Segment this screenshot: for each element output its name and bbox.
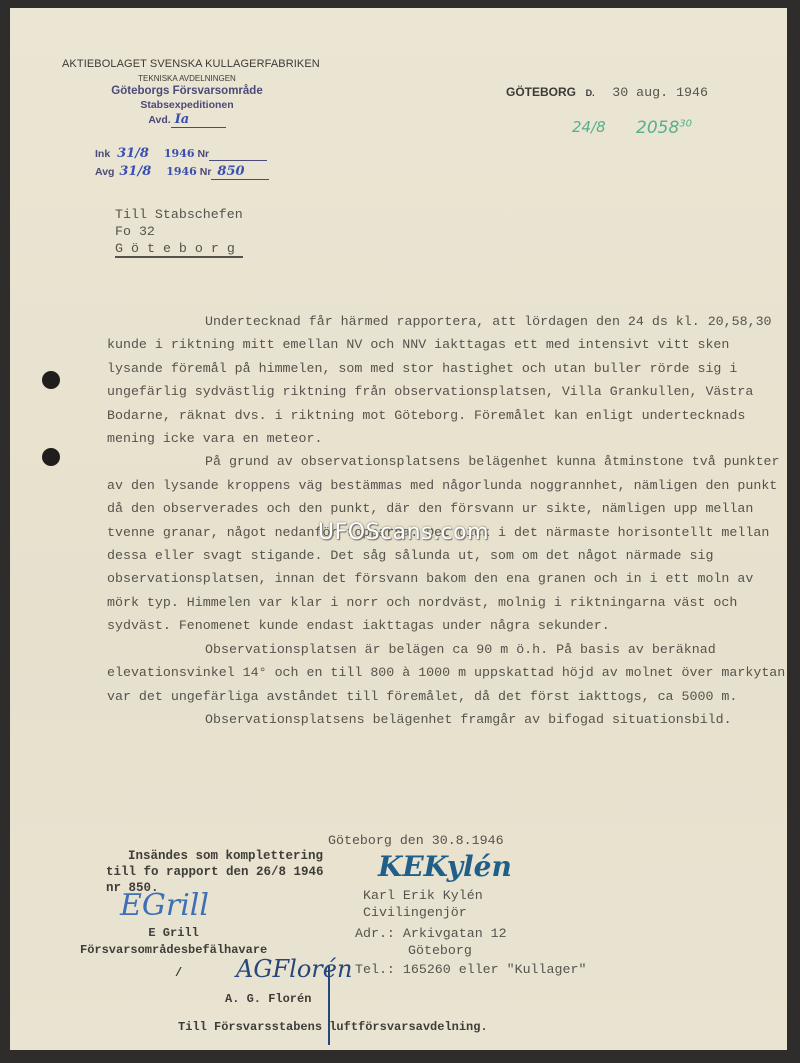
floren-signature: AGFlorén bbox=[236, 955, 352, 983]
addressee: Till Stabschefen Fo 32 Göteborg bbox=[115, 206, 243, 257]
city-date-line: GÖTEBORG D. 30 aug. 1946 bbox=[506, 83, 708, 101]
addressee-city: Göteborg bbox=[115, 241, 243, 258]
d-label: D. bbox=[586, 88, 595, 98]
punch-hole-bottom bbox=[42, 448, 60, 466]
paragraph-3: Observationsplatsen är belägen ca 90 m ö… bbox=[107, 638, 787, 708]
stamp-ink-row: Ink 31/8 1946 Nr bbox=[95, 146, 267, 161]
watermark: UFOScans.com bbox=[318, 520, 489, 545]
letter-date: 30 aug. 1946 bbox=[612, 85, 708, 100]
grill-name: E Grill bbox=[80, 925, 267, 942]
addressee-line-2: Fo 32 bbox=[115, 223, 243, 240]
city-label: GÖTEBORG bbox=[506, 85, 576, 99]
floren-name: A. G. Florén bbox=[225, 992, 311, 1006]
company-name: AKTIEBOLAGET SVENSKA KULLAGERFABRIKEN bbox=[62, 58, 312, 70]
signer-telephone: Tel.: 165260 eller "Kullager" bbox=[355, 962, 586, 977]
signer-name: Karl Erik Kylén bbox=[363, 887, 483, 904]
letterhead: AKTIEBOLAGET SVENSKA KULLAGERFABRIKEN TE… bbox=[62, 58, 312, 128]
signer-block: Karl Erik Kylén Civilingenjör bbox=[363, 887, 483, 921]
signoff-place-date: Göteborg den 30.8.1946 bbox=[328, 833, 504, 848]
avd-handwritten: Ia bbox=[171, 112, 190, 127]
department-name: TEKNISKA AVDELNINGEN bbox=[62, 74, 312, 83]
paragraph-1: Undertecknad får härmed rapportera, att … bbox=[107, 310, 787, 450]
avg-year: 1946 bbox=[166, 165, 197, 178]
grill-signature: EGrill bbox=[120, 888, 209, 923]
green-date-note: 24/8 bbox=[572, 118, 606, 136]
ink-date: 31/8 bbox=[117, 146, 149, 161]
recipient-department: Till Försvarsstabens luftförsvarsavdelni… bbox=[178, 1020, 488, 1034]
green-time-note: 205830 bbox=[636, 118, 692, 138]
kylen-signature: KEKylén bbox=[378, 850, 512, 883]
avg-date: 31/8 bbox=[119, 164, 151, 179]
stamp-line-2: Stabsexpeditionen bbox=[62, 99, 312, 111]
ink-year: 1946 bbox=[164, 147, 195, 160]
stamp-avd: Avd.Ia bbox=[62, 112, 312, 128]
stamp-line-1: Göteborgs Försvarsområde bbox=[62, 85, 312, 97]
avg-number: 850 bbox=[211, 164, 244, 179]
addressee-line-1: Till Stabschefen bbox=[115, 206, 243, 223]
punch-hole-top bbox=[42, 371, 60, 389]
signer-address: Adr.: Arkivgatan 12 Göteborg bbox=[355, 925, 507, 959]
stamp-avg-row: Avg 31/8 1946 Nr850 bbox=[95, 164, 269, 180]
paragraph-4: Observationsplatsens belägenhet framgår … bbox=[107, 708, 787, 731]
signer-title: Civilingenjör bbox=[363, 904, 483, 921]
